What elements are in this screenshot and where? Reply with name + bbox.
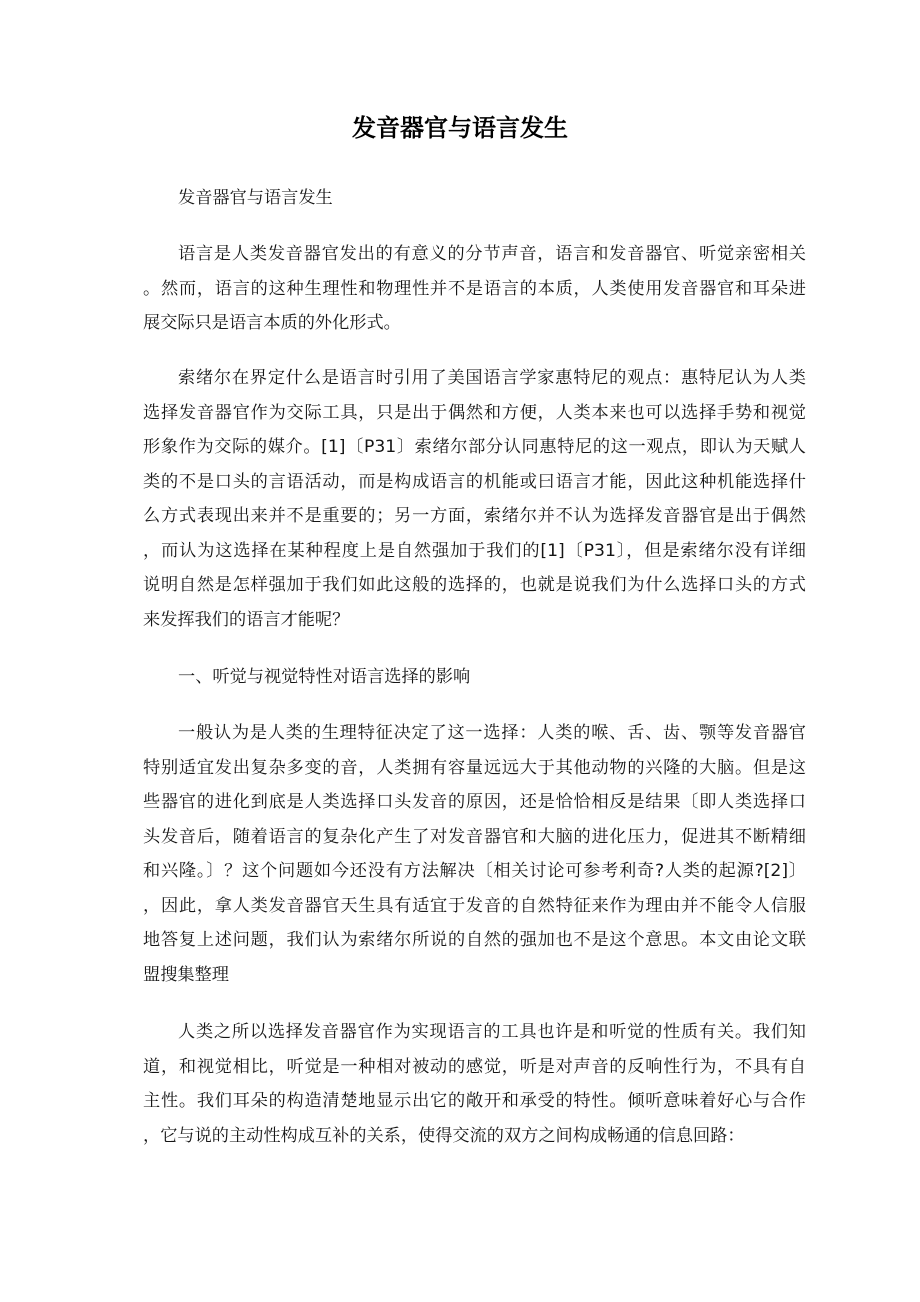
body-paragraph-4: 人类之所以选择发音器官作为实现语言的工具也许是和听觉的性质有关。我们知 道，和视… [108,1015,806,1153]
text-line: 语言是人类发音器官发出的有意义的分节声音，语言和发音器官、听觉亲密相关 [108,237,806,272]
text-line: ，而认为这选择在某种程度上是自然强加于我们的[1]〔P31〕，但是索绪尔没有详细 [108,534,806,569]
text-line: 类的不是口头的言语活动，而是构成语言的机能或曰语言才能，因此这种机能选择什 [108,465,806,500]
text-line: 选择发音器官作为交际工具，只是出于偶然和方便，人类本来也可以选择手势和视觉 [108,396,806,431]
text-line: 一般认为是人类的生理特征决定了这一选择：人类的喉、舌、齿、颚等发音器官 [108,716,806,751]
text-line: 索绪尔在界定什么是语言时引用了美国语言学家惠特尼的观点：惠特尼认为人类 [108,361,806,396]
text-line: 来发挥我们的语言才能呢？ [108,603,806,638]
text-line: 特别适宜发出复杂多变的音，人类拥有容量远远大于其他动物的兴隆的大脑。但是这 [108,751,806,786]
text-line: 道，和视觉相比，听觉是一种相对被动的感觉，听是对声音的反响性行为，不具有自 [108,1050,806,1085]
text-line: ，它与说的主动性构成互补的关系，使得交流的双方之间构成畅通的信息回路： [108,1119,806,1154]
text-line: 主性。我们耳朵的构造清楚地显示出它的敞开和承受的特性。倾听意味着好心与合作 [108,1084,806,1119]
text-line: 说明自然是怎样强加于我们如此这般的选择的，也就是说我们为什么选择口头的方式 [108,568,806,603]
text-line: 盟搜集整理 [108,958,806,993]
section-heading-1: 一、听觉与视觉特性对语言选择的影响 [108,660,806,695]
document-title: 发音器官与语言发生 [0,110,920,146]
body-paragraph-2: 索绪尔在界定什么是语言时引用了美国语言学家惠特尼的观点：惠特尼认为人类 选择发音… [108,361,806,637]
text-line: 人类之所以选择发音器官作为实现语言的工具也许是和听觉的性质有关。我们知 [108,1015,806,1050]
body-paragraph-3: 一般认为是人类的生理特征决定了这一选择：人类的喉、舌、齿、颚等发音器官 特别适宜… [108,716,806,992]
text-line: 一、听觉与视觉特性对语言选择的影响 [108,660,806,695]
text-line: 展交际只是语言本质的外化形式。 [108,306,806,341]
document-page: 发音器官与语言发生 发音器官与语言发生 语言是人类发音器官发出的有意义的分节声音… [0,0,920,1302]
text-line: 形象作为交际的媒介。[1]〔P31〕索绪尔部分认同惠特尼的这一观点，即认为天赋人 [108,430,806,465]
text-line: 和兴隆。〕？这个问题如今还没有方法解决〔相关讨论可参考利奇?人类的起源?[2]〕 [108,854,806,889]
text-line: 地答复上述问题，我们认为索绪尔所说的自然的强加也不是这个意思。本文由论文联 [108,923,806,958]
text-line: 些器官的进化到底是人类选择口头发音的原因，还是恰恰相反是结果〔即人类选择口 [108,785,806,820]
body-paragraph-1: 语言是人类发音器官发出的有意义的分节声音，语言和发音器官、听觉亲密相关 。然而，… [108,237,806,341]
subtitle-paragraph: 发音器官与语言发生 [108,181,806,216]
text-line: 发音器官与语言发生 [108,181,806,216]
text-line: ，因此，拿人类发音器官天生具有适宜于发音的自然特征来作为理由并不能令人信服 [108,889,806,924]
text-line: 么方式表现出来并不是重要的；另一方面，索绪尔并不认为选择发音器官是出于偶然 [108,499,806,534]
text-line: 。然而，语言的这种生理性和物理性并不是语言的本质，人类使用发音器官和耳朵进 [108,272,806,307]
text-line: 头发音后，随着语言的复杂化产生了对发音器官和大脑的进化压力，促进其不断精细 [108,820,806,855]
